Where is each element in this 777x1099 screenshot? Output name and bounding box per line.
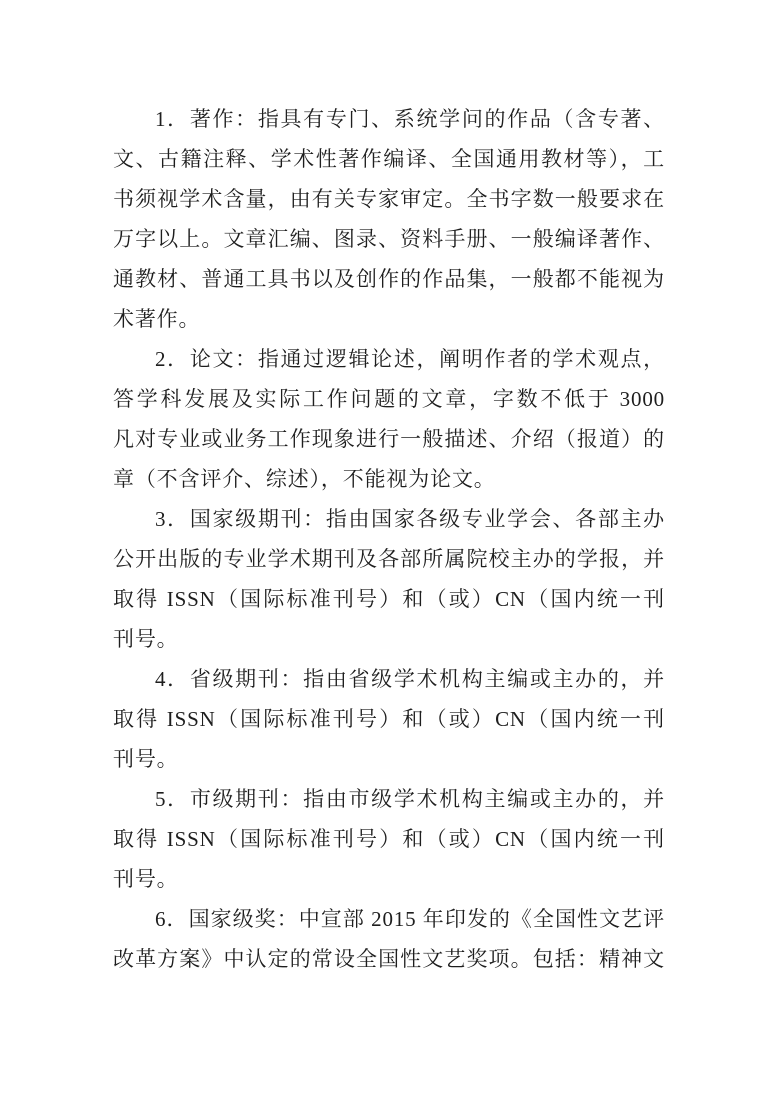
- text-line: 凡对专业或业务工作现象进行一般描述、介绍（报道）的文: [113, 419, 665, 459]
- text-line: 1．著作：指具有专门、系统学问的作品（含专著、论: [113, 99, 665, 139]
- text-line: 刊号。: [113, 859, 665, 899]
- paragraph-1: 1．著作：指具有专门、系统学问的作品（含专著、论文、古籍注释、学术性著作编译、全…: [113, 99, 665, 339]
- text-line: 4．省级期刊：指由省级学术机构主编或主办的，并已: [113, 659, 665, 699]
- text-line: 取得 ISSN（国际标准刊号）和（或）CN（国内统一刊号）: [113, 699, 665, 739]
- text-line: 2．论文：指通过逻辑论述，阐明作者的学术观点，回: [113, 339, 665, 379]
- paragraph-2: 2．论文：指通过逻辑论述，阐明作者的学术观点，回答学科发展及实际工作问题的文章，…: [113, 339, 665, 499]
- paragraph-5: 5．市级期刊：指由市级学术机构主编或主办的，并已取得 ISSN（国际标准刊号）和…: [113, 779, 665, 899]
- paragraph-6: 6．国家级奖：中宣部 2015 年印发的《全国性文艺评奖改革方案》中认定的常设全…: [113, 899, 665, 979]
- text-line: 术著作。: [113, 299, 665, 339]
- text-line: 文、古籍注释、学术性著作编译、全国通用教材等），工具: [113, 139, 665, 179]
- text-line: 万字以上。文章汇编、图录、资料手册、一般编译著作、普: [113, 219, 665, 259]
- text-line: 6．国家级奖：中宣部 2015 年印发的《全国性文艺评奖: [113, 899, 665, 939]
- document-body: 1．著作：指具有专门、系统学问的作品（含专著、论文、古籍注释、学术性著作编译、全…: [113, 99, 665, 979]
- text-line: 公开出版的专业学术期刊及各部所属院校主办的学报，并已: [113, 539, 665, 579]
- text-line: 5．市级期刊：指由市级学术机构主编或主办的，并已: [113, 779, 665, 819]
- text-line: 取得 ISSN（国际标准刊号）和（或）CN（国内统一刊号）: [113, 819, 665, 859]
- paragraph-3: 3．国家级期刊：指由国家各级专业学会、各部主办并公开出版的专业学术期刊及各部所属…: [113, 499, 665, 659]
- text-line: 刊号。: [113, 739, 665, 779]
- text-line: 答学科发展及实际工作问题的文章，字数不低于 3000 字。: [113, 379, 665, 419]
- text-line: 章（不含评介、综述），不能视为论文。: [113, 459, 665, 499]
- text-line: 刊号。: [113, 619, 665, 659]
- text-line: 改革方案》中认定的常设全国性文艺奖项。包括：精神文明: [113, 939, 665, 979]
- document-page: 1．著作：指具有专门、系统学问的作品（含专著、论文、古籍注释、学术性著作编译、全…: [0, 0, 777, 1099]
- text-line: 通教材、普通工具书以及创作的作品集，一般都不能视为学: [113, 259, 665, 299]
- text-line: 书须视学术含量，由有关专家审定。全书字数一般要求在 20: [113, 179, 665, 219]
- text-line: 取得 ISSN（国际标准刊号）和（或）CN（国内统一刊号）: [113, 579, 665, 619]
- text-line: 3．国家级期刊：指由国家各级专业学会、各部主办并: [113, 499, 665, 539]
- paragraph-4: 4．省级期刊：指由省级学术机构主编或主办的，并已取得 ISSN（国际标准刊号）和…: [113, 659, 665, 779]
